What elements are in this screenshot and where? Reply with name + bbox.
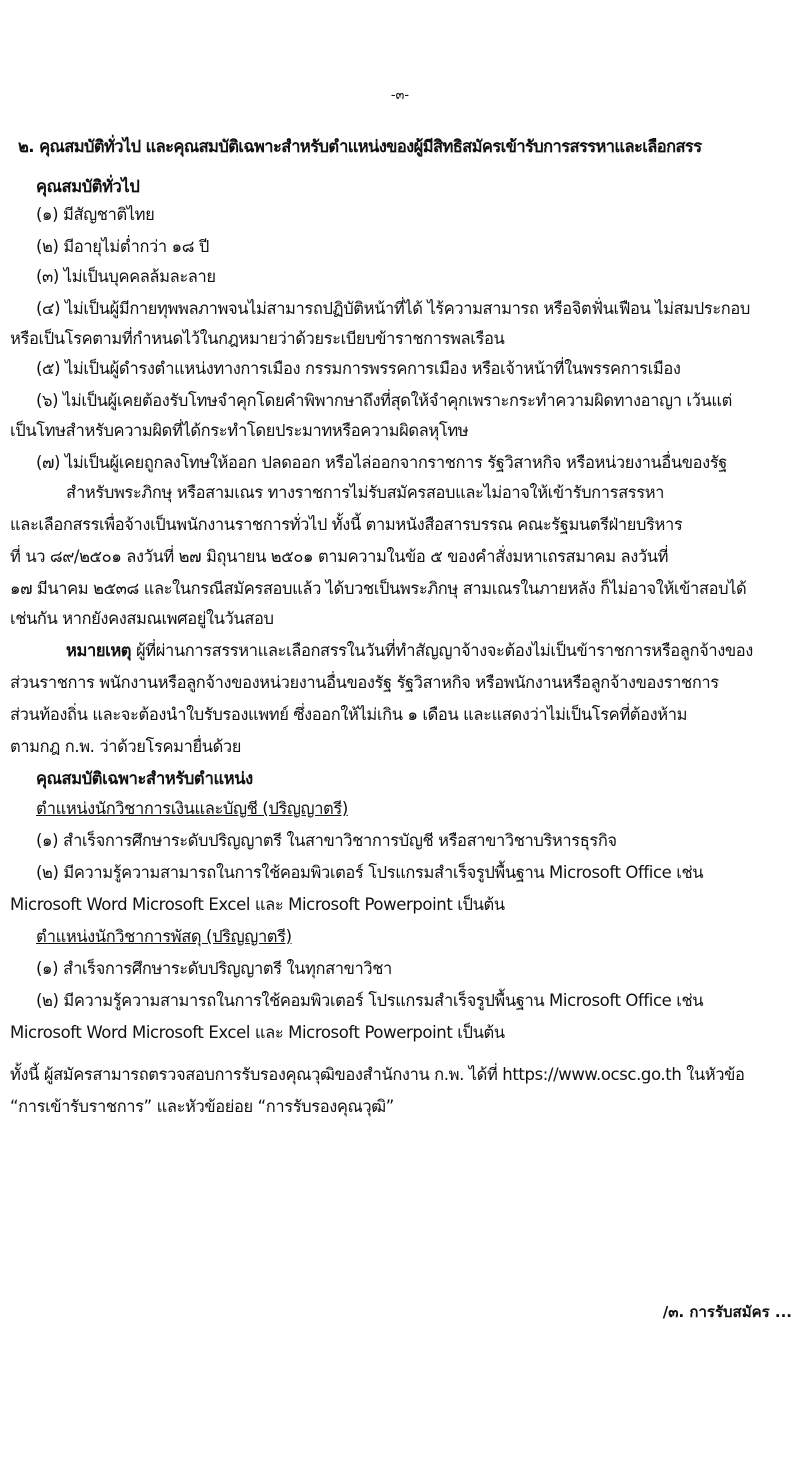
note-text: ผู้ที่ผ่านการสรรหาและเลือกสรรในวันที่ทำส… <box>131 641 753 660</box>
certification-line-1: ทั้งนี้ ผู้สมัครสามารถตรวจสอบการรับรองคุ… <box>10 1064 745 1086</box>
position-finance-item-2-cont: Microsoft Word Microsoft Excel และ Micro… <box>10 894 505 916</box>
general-qualifications-title: คุณสมบัติทั่วไป <box>36 176 139 198</box>
general-item-3: (๓) ไม่เป็นบุคคลล้มละลาย <box>36 266 216 288</box>
page-number: -๓- <box>0 84 800 105</box>
note-line-4: ตามกฎ ก.พ. ว่าด้วยโรคมายื่นด้วย <box>10 736 241 758</box>
general-item-6-cont: เป็นโทษสำหรับความผิดที่ได้กระทำโดยประมาท… <box>10 420 468 442</box>
general-item-5: (๕) ไม่เป็นผู้ดำรงตำแหน่งทางการเมือง กรร… <box>36 358 681 380</box>
monk-paragraph-line-4: ๑๗ มีนาคม ๒๕๓๘ และในกรณีสมัครสอบแล้ว ได้… <box>10 578 746 600</box>
position-supplies-item-2-cont: Microsoft Word Microsoft Excel และ Micro… <box>10 1022 505 1044</box>
monk-paragraph-line-3: ที่ นว ๘๙/๒๕๐๑ ลงวันที่ ๒๗ มิถุนายน ๒๕๐๑… <box>10 546 668 568</box>
certification-line-2: “การเข้ารับราชการ” และหัวข้อย่อย “การรับ… <box>10 1096 394 1118</box>
note-line-3: ส่วนท้องถิ่น และจะต้องนำใบรับรองแพทย์ ซึ… <box>10 704 687 726</box>
general-item-6: (๖) ไม่เป็นผู้เคยต้องรับโทษจำคุกโดยคำพิพ… <box>36 390 732 412</box>
position-finance-item-2: (๒) มีความรู้ความสามารถในการใช้คอมพิวเตอ… <box>36 862 703 884</box>
general-item-2: (๒) มีอายุไม่ต่ำกว่า ๑๘ ปี <box>36 236 209 258</box>
monk-paragraph-line-1: สำหรับพระภิกษุ หรือสามเณร ทางราชการไม่รั… <box>66 482 664 504</box>
note-line-2: ส่วนราชการ พนักงานหรือลูกจ้างของหน่วยงาน… <box>10 672 719 694</box>
section-heading: ๒. คุณสมบัติทั่วไป และคุณสมบัติเฉพาะสำหร… <box>18 136 701 158</box>
position-finance-item-1: (๑) สำเร็จการศึกษาระดับปริญญาตรี ในสาขาว… <box>36 830 617 852</box>
continuation-footer: /๓. การรับสมัคร ... <box>663 1300 792 1324</box>
position-supplies-title: ตำแหน่งนักวิชาการพัสดุ (ปริญญาตรี) <box>36 926 292 948</box>
position-finance-title: ตำแหน่งนักวิชาการเงินและบัญชี (ปริญญาตรี… <box>36 798 348 820</box>
position-supplies-item-1: (๑) สำเร็จการศึกษาระดับปริญญาตรี ในทุกสา… <box>36 958 392 980</box>
general-item-1: (๑) มีสัญชาติไทย <box>36 204 154 226</box>
position-supplies-item-2: (๒) มีความรู้ความสามารถในการใช้คอมพิวเตอ… <box>36 990 703 1012</box>
general-item-4-cont: หรือเป็นโรคตามที่กำหนดไว้ในกฎหมายว่าด้วย… <box>10 328 504 350</box>
monk-paragraph-line-5: เช่นกัน หากยังคงสมณเพศอยู่ในวันสอบ <box>10 608 274 630</box>
general-item-7: (๗) ไม่เป็นผู้เคยถูกลงโทษให้ออก ปลดออก ห… <box>36 452 727 474</box>
general-item-4: (๔) ไม่เป็นผู้มีกายทุพพลภาพจนไม่สามารถปฏ… <box>36 298 750 320</box>
monk-paragraph-line-2: และเลือกสรรเพื่อจ้างเป็นพนักงานราชการทั่… <box>10 514 682 536</box>
note-label: หมายเหตุ <box>66 641 131 660</box>
specific-qualifications-title: คุณสมบัติเฉพาะสำหรับตำแหน่ง <box>36 768 253 790</box>
note-line-1: หมายเหตุ ผู้ที่ผ่านการสรรหาและเลือกสรรใน… <box>66 640 753 662</box>
